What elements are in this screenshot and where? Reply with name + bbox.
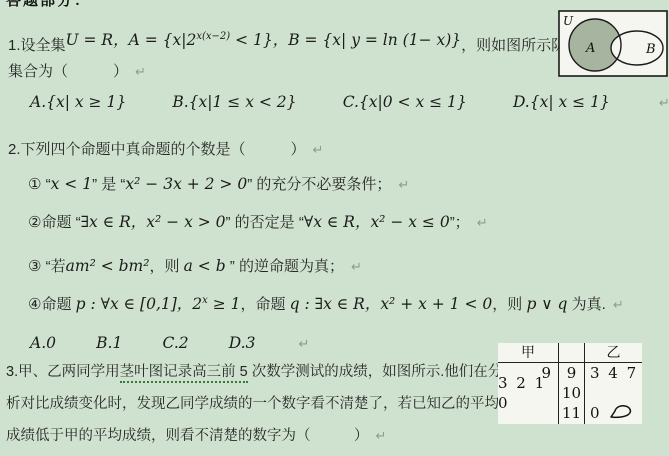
q1-option-d: D.{x| x ≤ 1} <box>513 93 610 111</box>
return-mark-icon: ↵ <box>135 65 146 80</box>
return-mark-icon: ↵ <box>613 298 624 313</box>
return-mark-icon: ↵ <box>313 143 324 158</box>
stemleaf-row3-stem: 11 <box>558 403 585 424</box>
venn-universe-label: U <box>563 14 574 28</box>
stemleaf-row3-right: 0 <box>585 403 642 424</box>
question-2-title: 2.下列四个命题中真命题的个数是（ ）↵ <box>8 140 323 160</box>
stemleaf-header-jia: 甲 <box>498 343 558 363</box>
q3-line-3: 成绩低于甲的平均成绩，则看不清楚的数字为（ ）↵ <box>6 420 518 452</box>
stemleaf-row2-stem: 10 <box>558 383 585 403</box>
q2-option-b: B.1 <box>96 334 122 352</box>
venn-set-a-label: A <box>585 41 595 56</box>
unclear-digit-blob-icon <box>608 403 634 424</box>
q3-line-2: 析对比成绩变化时，发现乙同学成绩的一个数字看不清楚了，若已知乙的平均 <box>6 388 518 420</box>
stemleaf-row1-stem: 9 <box>558 363 585 383</box>
return-mark-icon: ↵ <box>351 260 362 275</box>
q1-formula: U = R，A = {x|2x(x−2) < 1}，B = {x| y = ln… <box>66 30 462 51</box>
q2-option-a: A.0 <box>30 334 56 352</box>
stemleaf-row1-right: 3 4 7 <box>585 363 642 383</box>
q2-option-d: D.3 <box>229 334 256 352</box>
stemleaf-header-yi: 乙 <box>585 343 642 363</box>
question-2-item-2: ②命题 “∃x ∈ R，x² − x > 0” 的否定是 “∀x ∈ R，x² … <box>28 212 488 233</box>
return-mark-icon: ↵ <box>298 337 309 352</box>
grammar-check-squiggle: 茎叶图记录高三前 5 <box>120 364 248 383</box>
return-mark-icon: ↵ <box>398 178 409 193</box>
venn-diagram-figure: U A B <box>558 10 668 83</box>
question-1-line-2: 集合为（ ）↵ <box>8 62 146 82</box>
page-heading-clipped: 答题部分： <box>6 0 91 11</box>
stem-and-leaf-figure: 甲 乙 9 9 3 4 7 3 2 1 0 10 11 0 <box>498 343 642 424</box>
stemleaf-row3-left <box>498 403 558 424</box>
q1-option-a: A.{x| x ≥ 1} <box>30 93 126 111</box>
q3-line-1: 3.甲、乙两同学用茎叶图记录高三前 5 次数学测试的成绩，如图所示.他们在分 <box>6 356 518 388</box>
stemleaf-row2-right <box>585 383 642 403</box>
return-mark-icon: ↵ <box>477 216 488 231</box>
venn-set-b-label: B <box>645 42 656 57</box>
question-2-item-1: ① “x < 1” 是 “x² − 3x + 2 > 0” 的充分不必要条件；↵ <box>28 174 409 195</box>
question-1-options: A.{x| x ≥ 1} B.{x|1 ≤ x < 2} C.{x|0 < x … <box>30 92 669 113</box>
question-3-paragraph: 3.甲、乙两同学用茎叶图记录高三前 5 次数学测试的成绩，如图所示.他们在分 析… <box>6 356 518 452</box>
q1-option-b: B.{x|1 ≤ x < 2} <box>172 93 296 111</box>
stemleaf-header-stem <box>558 343 585 363</box>
question-2-options: A.0 B.1 C.2 D.3↵ <box>30 333 309 354</box>
stemleaf-row2-left: 3 2 1 0 <box>498 383 558 403</box>
return-mark-icon: ↵ <box>659 96 669 111</box>
question-2-item-4: ④命题 p : ∀x ∈ [0,1]，2x ≥ 1，命题 q : ∃x ∈ R，… <box>28 294 624 315</box>
q1-lead-text: 1.设全集 <box>8 36 66 56</box>
exam-document-page: 答题部分： 1.设全集 U = R，A = {x|2x(x−2) < 1}，B … <box>0 0 669 456</box>
return-mark-icon: ↵ <box>376 429 387 444</box>
question-2-item-3: ③ “若am² < bm²，则 a < b ” 的逆命题为真；↵ <box>28 256 362 277</box>
q2-option-c: C.2 <box>163 334 189 352</box>
q1-option-c: C.{x|0 < x ≤ 1} <box>343 93 467 111</box>
